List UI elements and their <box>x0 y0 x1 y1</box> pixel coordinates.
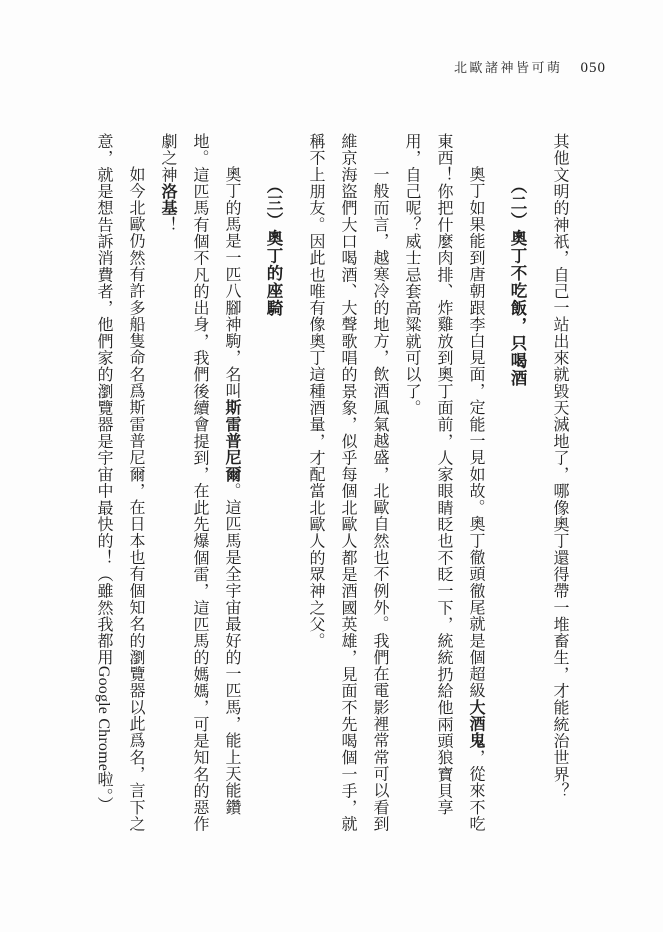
latin-text: Google Chrome <box>95 666 112 771</box>
running-head-title: 北歐諸神皆可萌 <box>454 57 563 76</box>
paragraph: 如今北歐仍然有許多船隻命名爲斯雷普尼爾，在日本也有個知名的瀏覽器以此爲名，言下之… <box>87 133 151 833</box>
paragraph: 一般而言，越寒冷的地方，飲酒風氣越盛，北歐自然也不例外。我們在電影裡常常可以看到… <box>299 133 395 833</box>
emphasis-term: 洛基 <box>159 183 176 216</box>
running-head: 北歐諸神皆可萌 050 <box>454 57 606 77</box>
text-segment: 其他文明的神祇，自己一站出來就毀天滅地了，哪像奧丁還得帶一堆畜生，才能統治世界？ <box>551 133 568 799</box>
section-heading: （三）奧丁的座騎 <box>257 133 289 833</box>
text-segment: 奧丁如果能到唐朝跟李白見面，定能一見如故。奧丁徹頭徹尾就是個超級 <box>467 166 484 699</box>
paragraph: 奧丁如果能到唐朝跟李白見面，定能一見如故。奧丁徹頭徹尾就是個超級大酒鬼，從來不吃… <box>395 133 491 833</box>
emphasis-term: 大酒鬼 <box>467 699 484 749</box>
emphasis-term: 斯雷普尼爾 <box>223 399 240 482</box>
text-segment: 啦。） <box>95 771 112 813</box>
text-segment: 一般而言，越寒冷的地方，飲酒風氣越盛，北歐自然也不例外。我們在電影裡常常可以看到… <box>307 133 388 832</box>
page-number: 050 <box>581 60 607 77</box>
book-page: 北歐諸神皆可萌 050 其他文明的神祇，自己一站出來就毀天滅地了，哪像奧丁還得帶… <box>0 0 663 932</box>
text-segment: 奧丁的馬是一匹八腳神駒，名叫 <box>223 166 240 399</box>
section-heading: （二）奧丁不吃飯，只喝酒 <box>501 133 533 833</box>
paragraph: 奧丁的馬是一匹八腳神駒，名叫斯雷普尼爾。這匹馬是全宇宙最好的一匹馬，能上天能鑽地… <box>151 133 247 833</box>
text-segment: ！ <box>159 216 176 233</box>
body-text: 其他文明的神祇，自己一站出來就毀天滅地了，哪像奧丁還得帶一堆畜生，才能統治世界？… <box>87 133 575 833</box>
paragraph: 其他文明的神祇，自己一站出來就毀天滅地了，哪像奧丁還得帶一堆畜生，才能統治世界？ <box>543 133 575 833</box>
